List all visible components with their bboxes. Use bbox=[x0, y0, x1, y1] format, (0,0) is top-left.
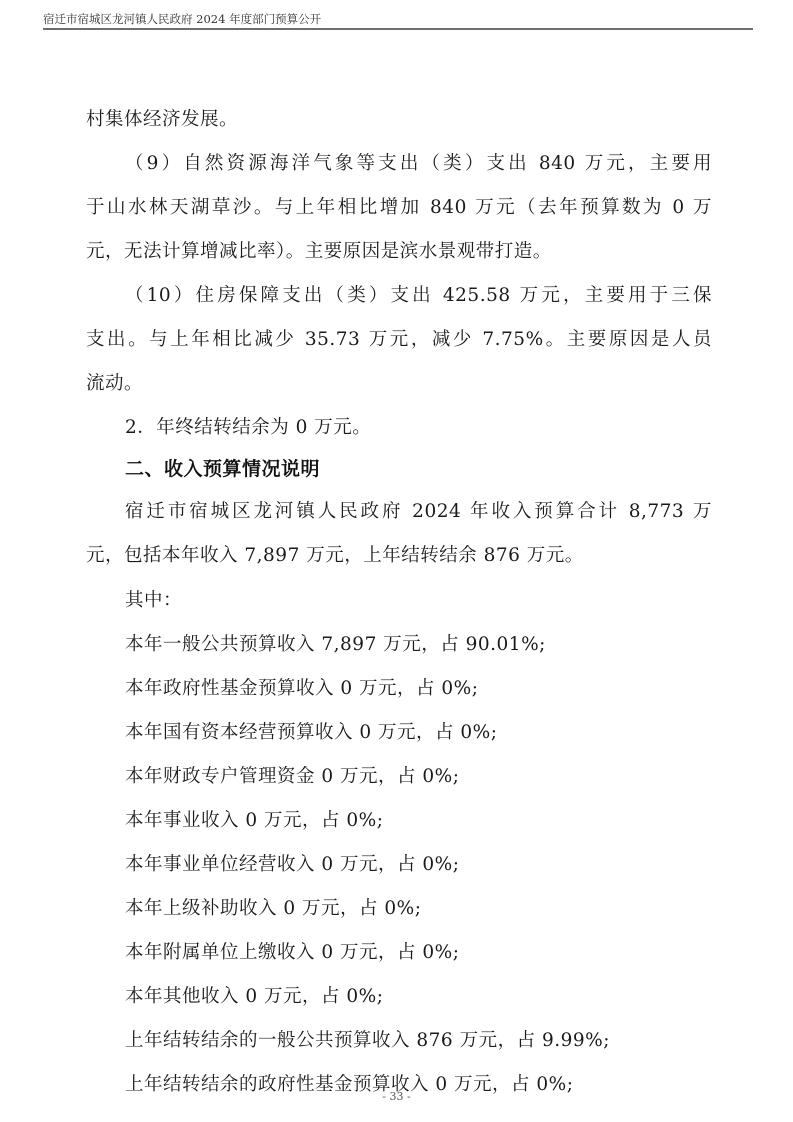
income-item: 本年其他收入 0 万元，占 0%; bbox=[125, 977, 384, 1017]
income-item: 本年附属单位上缴收入 0 万元，占 0%; bbox=[125, 933, 460, 973]
income-item: 本年事业收入 0 万元，占 0%; bbox=[125, 801, 384, 841]
income-item: 本年财政专户管理资金 0 万元，占 0%; bbox=[125, 757, 460, 797]
income-item: 本年上级补助收入 0 万元，占 0%; bbox=[125, 889, 422, 929]
among-label: 其中： bbox=[125, 581, 182, 621]
item9-line3: 元，无法计算增减比率）。主要原因是滨水景观带打造。 bbox=[86, 232, 552, 272]
income-item: 上年结转结余的一般公共预算收入 876 万元，占 9.99%; bbox=[125, 1021, 610, 1061]
section-heading: 二、收入预算情况说明 bbox=[125, 449, 320, 489]
income-item: 本年事业单位经营收入 0 万元，占 0%; bbox=[125, 845, 460, 885]
income-item: 本年一般公共预算收入 7,897 万元，占 90.01%; bbox=[125, 625, 546, 665]
document-title: 宿迁市宿城区龙河镇人民政府 2024 年度部门预算公开 bbox=[43, 11, 321, 27]
item10-line3: 流动。 bbox=[86, 364, 143, 404]
summary-line2: 元，包括本年收入 7,897 万元，上年结转结余 876 万元。 bbox=[86, 536, 584, 576]
income-item: 本年国有资本经营预算收入 0 万元，占 0%; bbox=[125, 713, 498, 753]
paragraph-continuation: 村集体经济发展。 bbox=[86, 100, 238, 140]
summary-line1: 宿迁市宿城区龙河镇人民政府 2024 年收入预算合计 8,773 万 bbox=[125, 492, 712, 532]
item10-line2: 支出。与上年相比减少 35.73 万元，减少 7.75%。主要原因是人员 bbox=[86, 320, 712, 360]
income-item: 本年政府性基金预算收入 0 万元，占 0%; bbox=[125, 669, 479, 709]
item9-line2: 于山水林天湖草沙。与上年相比增加 840 万元（去年预算数为 0 万 bbox=[86, 188, 712, 228]
page-header: 宿迁市宿城区龙河镇人民政府 2024 年度部门预算公开 bbox=[43, 6, 753, 30]
page-number: - 33 - bbox=[0, 1090, 793, 1103]
carryover-paragraph: 2．年终结转结余为 0 万元。 bbox=[125, 408, 371, 448]
item10-line1: （10）住房保障支出（类）支出 425.58 万元，主要用于三保 bbox=[125, 276, 712, 316]
item9-line1: （9）自然资源海洋气象等支出（类）支出 840 万元，主要用 bbox=[125, 144, 712, 184]
